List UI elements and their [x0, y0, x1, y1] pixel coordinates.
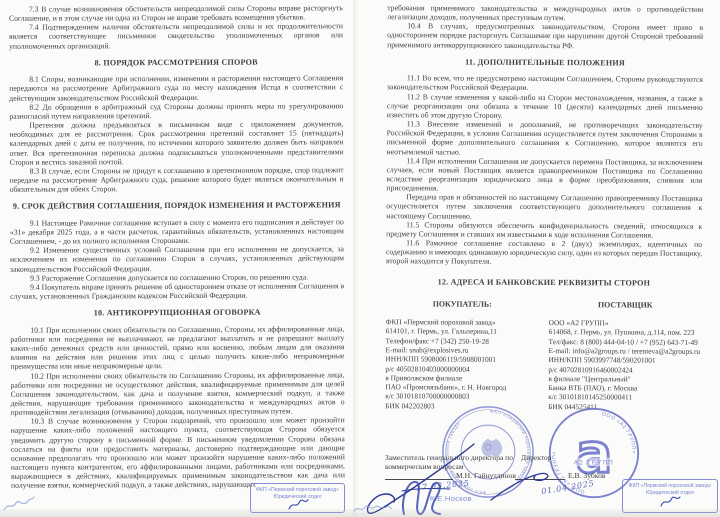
paragraph-11-3: 11.3 Внесение изменений и дополнений, не…: [387, 119, 703, 157]
paragraph-11-6: 11.6 Рамочное соглашение составлено в 2 …: [386, 238, 702, 267]
paragraph-8-3: 8.3 В случае, если Стороны не придут к с…: [10, 165, 344, 194]
paragraph-11-2: 11.2 В случае изменения у какой-либо из …: [387, 92, 703, 121]
buyer-title: ПОКУПАТЕЛЬ:: [386, 299, 539, 309]
paragraph-11-5: 11.5 Стороны обязуются обеспечить конфид…: [386, 220, 702, 240]
scan-edge-shadow: [0, 509, 720, 517]
paragraph-11-1: 11.1 Во всем, что не предусмотрено насто…: [387, 73, 703, 93]
buyer-line: 614101, г. Пермь, ул. Гальперина,11: [386, 327, 539, 337]
paragraph-11-4: 11.4 При исполнении Соглашения не допуск…: [386, 156, 702, 194]
paragraph-7-4: 7.4 Подтверждением наличия обстоятельств…: [9, 22, 343, 51]
paragraph-10-4: 10.4 В случаях, предусмотренных законода…: [387, 22, 703, 51]
requisites-block: ПОКУПАТЕЛЬ: ФКП «Пермский пороховой заво…: [385, 293, 702, 412]
paragraph-10-3: 10.3 В случае возникновения у Сторон под…: [11, 416, 345, 491]
buyer-line: к/с 30101810700000000803: [385, 392, 538, 402]
paragraph-7-3: 7.3 В случае возникновения обстоятельств…: [9, 3, 343, 23]
paragraph-10-1: 10.1 При исполнении своих обязательств п…: [10, 324, 344, 371]
section-heading-10: 10. АНТИКОРРУПЦИОННАЯ ОГОВОРКА: [10, 307, 344, 318]
paragraph-11-4-transfer: Передача прав и обязанностей по настояще…: [386, 193, 702, 222]
supplier-line: к/с 30101810145250000411: [548, 392, 701, 402]
requisites-buyer: ПОКУПАТЕЛЬ: ФКП «Пермский пороховой заво…: [385, 293, 539, 411]
buyer-line: ИНН/КПП 5908006119/5908001001: [385, 354, 538, 364]
section-heading-11: 11. ДОПОЛНИТЕЛЬНЫЕ ПОЛОЖЕНИЯ: [387, 57, 703, 68]
supplier-line: ИНН/КПП 5903997748/590201001: [548, 355, 701, 365]
page-seam: [353, 0, 359, 517]
paragraph-10-2: 10.2 При исполнении своих обязательств п…: [10, 370, 344, 417]
section-heading-9: 9. СРОК ДЕЙСТВИЯ СОГЛАШЕНИЯ, ПОРЯДОК ИЗМ…: [10, 201, 344, 212]
requisites-supplier: ПОСТАВЩИК ООО «А2 ГРУПП» 614068, г. Перм…: [548, 294, 702, 412]
scanned-contract-page: 7.3 В случае возникновения обстоятельств…: [0, 0, 720, 517]
contract-page-left: 7.3 В случае возникновения обстоятельств…: [0, 0, 355, 517]
section-heading-12: 12. АДРЕСА И БАНКОВСКИЕ РЕКВИЗИТЫ СТОРОН: [386, 277, 702, 288]
approval-name-facsimile: К.Е.Носков: [430, 494, 472, 503]
supplier-title: ПОСТАВЩИК: [549, 300, 702, 310]
paragraph-8-2-claims: Претензия должна предъявляться в письмен…: [9, 119, 343, 166]
paragraph-9-1: 9.1 Настоящее Рамочное соглашение вступа…: [10, 217, 344, 246]
paragraph-9-4: 9.4 Покупатель вправе принять решение об…: [10, 281, 344, 301]
paragraph-9-2: 9.2 Изменение существенных условий Согла…: [10, 245, 344, 274]
paragraph-10-3-continued: требования применимого законодательства …: [387, 3, 703, 23]
paragraph-8-2: 8.2 До обращения в арбитражный суд Сторо…: [9, 101, 343, 121]
supplier-line: 614068, г. Пермь, ул. Пушкина, д.114, по…: [549, 327, 702, 337]
legal-dept-stamp-right-page: ФКП «Пермский пороховой завод» Юридическ…: [622, 479, 718, 513]
paragraph-8-1: 8.1 Споры, возникающие при исполнении, и…: [9, 74, 343, 103]
section-heading-8: 8. ПОРЯДОК РАССМОТРЕНИЯ СПОРОВ: [9, 57, 343, 68]
supplier-signature-stroke: [487, 460, 587, 505]
